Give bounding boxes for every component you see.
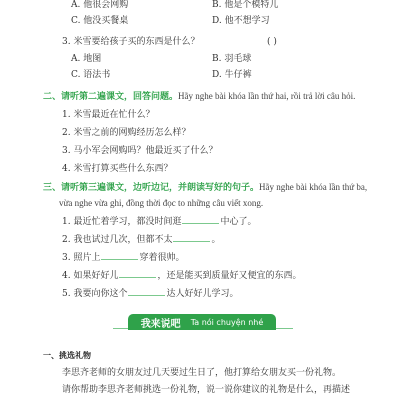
sentence-1: 1. 最近忙着学习，都没时间逛中心了。 xyxy=(62,214,256,228)
q3-option-c: C. 语法书 xyxy=(71,69,110,81)
sentence-3-after: 穿着很帅。 xyxy=(139,253,184,263)
sentence-2-blank[interactable] xyxy=(173,232,210,242)
q2-option-c: C. 他没买餐桌 xyxy=(71,15,128,27)
section3-title-vi-1: Hãy nghe bài khóa lần thứ ba, xyxy=(259,182,367,192)
sentence-4-after: ，还是能买到质量好又便宜的东西。 xyxy=(157,271,301,281)
speaking-heading: 一、挑选礼物 xyxy=(43,350,91,361)
section2-title-vi: Hãy nghe bài khóa lần thứ hai, rồi trả l… xyxy=(178,91,355,101)
section2-question-4: 4. 米雪打算买些什么东西？ xyxy=(62,163,172,175)
speaking-line-1: 李思齐老师的女朋友过几天要过生日了，他打算给女朋友买一份礼物。 xyxy=(62,367,341,379)
sentence-5-blank[interactable] xyxy=(128,286,165,296)
sentence-3-blank[interactable] xyxy=(101,250,138,260)
sentence-1-blank[interactable] xyxy=(182,214,219,224)
sentence-4-before: 4. 如果好好儿 xyxy=(62,271,118,281)
section3-title-vi-2: vừa nghe vừa ghi, đồng thời đọc to những… xyxy=(59,198,263,208)
sentence-2: 2. 我也试过几次，但都不太。 xyxy=(62,232,220,246)
q2-option-b: B. 他是个模特儿 xyxy=(212,0,278,11)
section-banner: 我来说吧 Ta nói chuyện nhé xyxy=(128,314,276,330)
section2-question-1: 1. 米雪最近在忙什么？ xyxy=(62,109,154,121)
section2-title: 二、请听第二遍课文，回答问题。Hãy nghe bài khóa lần thứ… xyxy=(43,90,355,103)
sentence-4: 4. 如果好好儿，还是能买到质量好又便宜的东西。 xyxy=(62,268,301,282)
section2-title-cn: 二、请听第二遍课文，回答问题。 xyxy=(43,92,178,102)
q3-question: 3. 米雪要给孩子买的东西是什么？ xyxy=(62,36,199,48)
banner-title-cn: 我来说吧 xyxy=(141,315,181,330)
section3-title: 三、请听第三遍课文，边听边记，并朗读写好的句子。Hãy nghe bài khó… xyxy=(43,181,367,194)
q3-option-a: A. 地图 xyxy=(71,53,101,65)
q2-option-a: A. 他很会网购 xyxy=(71,0,128,11)
sentence-4-blank[interactable] xyxy=(119,268,156,278)
q3-option-d: D. 牛仔裤 xyxy=(212,69,252,81)
q3-answer-paren[interactable]: ( ) xyxy=(267,36,277,48)
sentence-1-after: 中心了。 xyxy=(220,217,256,227)
q2-option-d: D. 他不想学习 xyxy=(212,15,270,27)
sentence-1-before: 1. 最近忙着学习，都没时间逛 xyxy=(62,217,181,227)
section3-title-cn: 三、请听第三遍课文，边听边记，并朗读写好的句子。 xyxy=(43,183,259,193)
speaking-line-2: 请你帮助李思齐老师挑选一份礼物，说一说你建议的礼物是什么，再描述 xyxy=(62,384,350,396)
sentence-5-after: 达人好好儿学习。 xyxy=(166,289,238,299)
q3-option-b: B. 羽毛球 xyxy=(212,53,251,65)
section2-question-2: 2. 米雪之前的网购经历怎么样？ xyxy=(62,127,190,139)
sentence-3: 3. 照片上穿着很帅。 xyxy=(62,250,184,264)
sentence-3-before: 3. 照片上 xyxy=(62,253,100,263)
banner-title-vi: Ta nói chuyện nhé xyxy=(191,318,264,327)
sentence-2-after: 。 xyxy=(211,235,220,245)
sentence-5: 5. 我要向你这个达人好好儿学习。 xyxy=(62,286,238,300)
section2-question-3: 3. 马小军会网购吗？他最近买了什么？ xyxy=(62,145,217,157)
sentence-2-before: 2. 我也试过几次，但都不太 xyxy=(62,235,172,245)
sentence-5-before: 5. 我要向你这个 xyxy=(62,289,127,299)
